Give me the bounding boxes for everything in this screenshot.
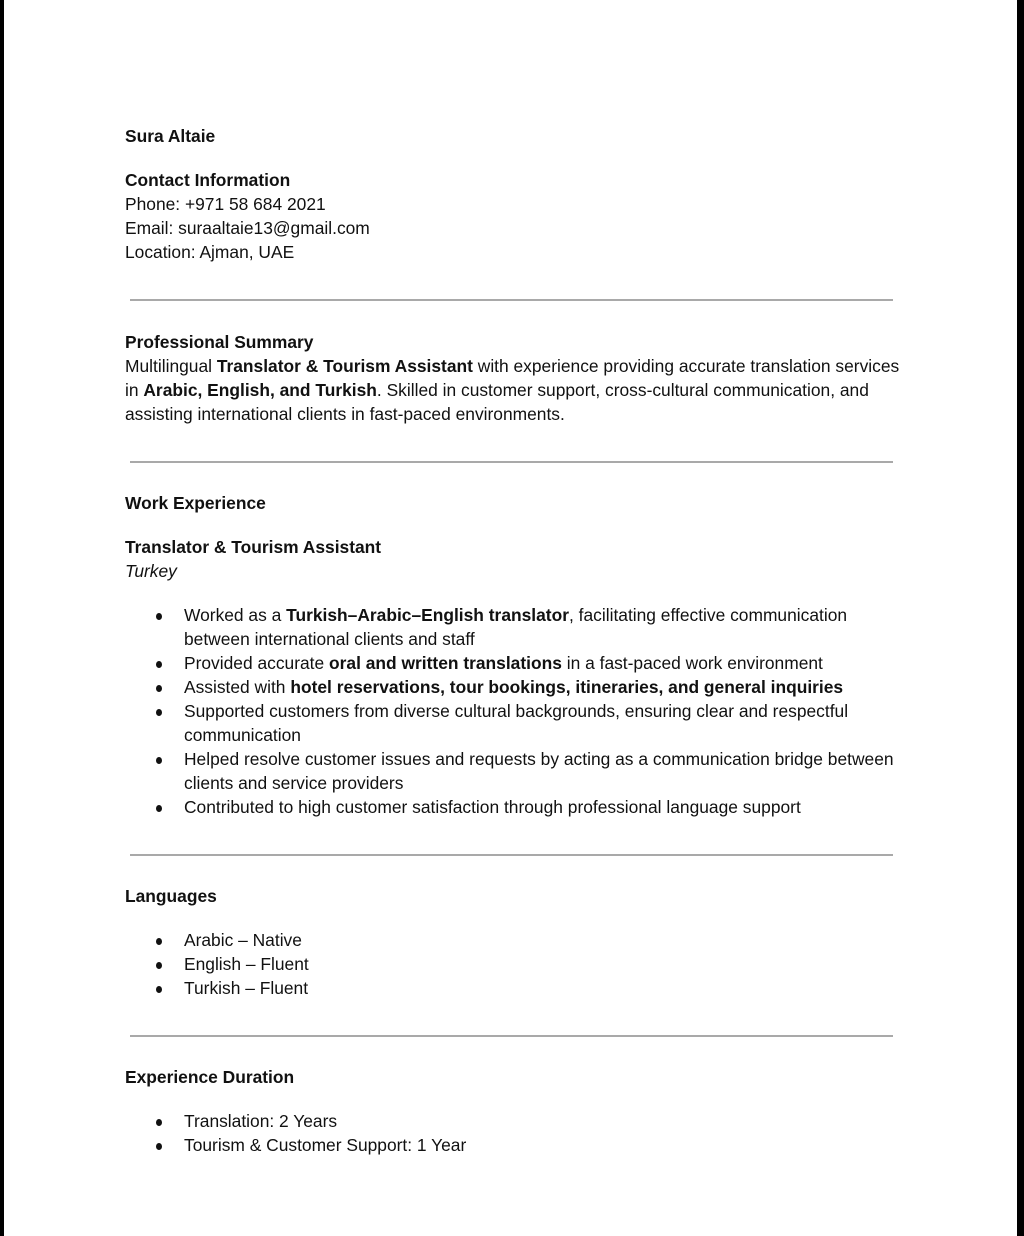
job-location: Turkey: [125, 559, 905, 583]
duration-heading: Experience Duration: [125, 1065, 905, 1089]
contact-section: Contact Information Phone: +971 58 684 2…: [125, 168, 905, 264]
summary-text: Multilingual Translator & Tourism Assist…: [125, 354, 905, 426]
languages-list: Arabic – NativeEnglish – FluentTurkish –…: [125, 928, 905, 1000]
list-item: Worked as a Turkish–Arabic–English trans…: [184, 603, 905, 651]
section-divider: [130, 1035, 893, 1037]
text: Contributed to high customer satisfactio…: [184, 797, 801, 817]
text: Multilingual: [125, 356, 217, 376]
document-page: Sura Altaie Contact Information Phone: +…: [4, 0, 1017, 1236]
list-item: Provided accurate oral and written trans…: [184, 651, 905, 675]
list-item: English – Fluent: [184, 952, 905, 976]
summary-heading: Professional Summary: [125, 330, 905, 354]
work-heading: Work Experience: [125, 491, 905, 515]
text: Provided accurate: [184, 653, 329, 673]
candidate-name: Sura Altaie: [125, 124, 905, 148]
list-item: Turkish – Fluent: [184, 976, 905, 1000]
contact-heading: Contact Information: [125, 168, 905, 192]
contact-email: Email: suraaltaie13@gmail.com: [125, 216, 905, 240]
contact-phone: Phone: +971 58 684 2021: [125, 192, 905, 216]
text: Assisted with: [184, 677, 290, 697]
job-title: Translator & Tourism Assistant: [125, 535, 905, 559]
contact-location: Location: Ajman, UAE: [125, 240, 905, 264]
bold-text: oral and written translations: [329, 653, 562, 673]
list-item: Supported customers from diverse cultura…: [184, 699, 905, 747]
languages-section: Languages Arabic – NativeEnglish – Fluen…: [125, 884, 905, 1000]
section-divider: [130, 854, 893, 856]
languages-heading: Languages: [125, 884, 905, 908]
duration-list: Translation: 2 YearsTourism & Customer S…: [125, 1109, 905, 1157]
duration-section: Experience Duration Translation: 2 Years…: [125, 1065, 905, 1157]
section-divider: [130, 461, 893, 463]
list-item: Helped resolve customer issues and reque…: [184, 747, 905, 795]
work-section: Work Experience Translator & Tourism Ass…: [125, 491, 905, 819]
bold-text: Translator & Tourism Assistant: [217, 356, 473, 376]
section-divider: [130, 299, 893, 301]
list-item: Arabic – Native: [184, 928, 905, 952]
list-item: Assisted with hotel reservations, tour b…: [184, 675, 905, 699]
bold-text: Arabic, English, and Turkish: [143, 380, 377, 400]
work-bullet-list: Worked as a Turkish–Arabic–English trans…: [125, 603, 905, 819]
list-item: Tourism & Customer Support: 1 Year: [184, 1133, 905, 1157]
text: Supported customers from diverse cultura…: [184, 701, 848, 745]
list-item: Contributed to high customer satisfactio…: [184, 795, 905, 819]
text: Helped resolve customer issues and reque…: [184, 749, 894, 793]
text: Worked as a: [184, 605, 286, 625]
resume-content: Sura Altaie Contact Information Phone: +…: [125, 124, 905, 1157]
text: in a fast-paced work environment: [562, 653, 823, 673]
bold-text: Turkish–Arabic–English translator: [286, 605, 569, 625]
list-item: Translation: 2 Years: [184, 1109, 905, 1133]
bold-text: hotel reservations, tour bookings, itine…: [290, 677, 843, 697]
summary-section: Professional Summary Multilingual Transl…: [125, 330, 905, 426]
